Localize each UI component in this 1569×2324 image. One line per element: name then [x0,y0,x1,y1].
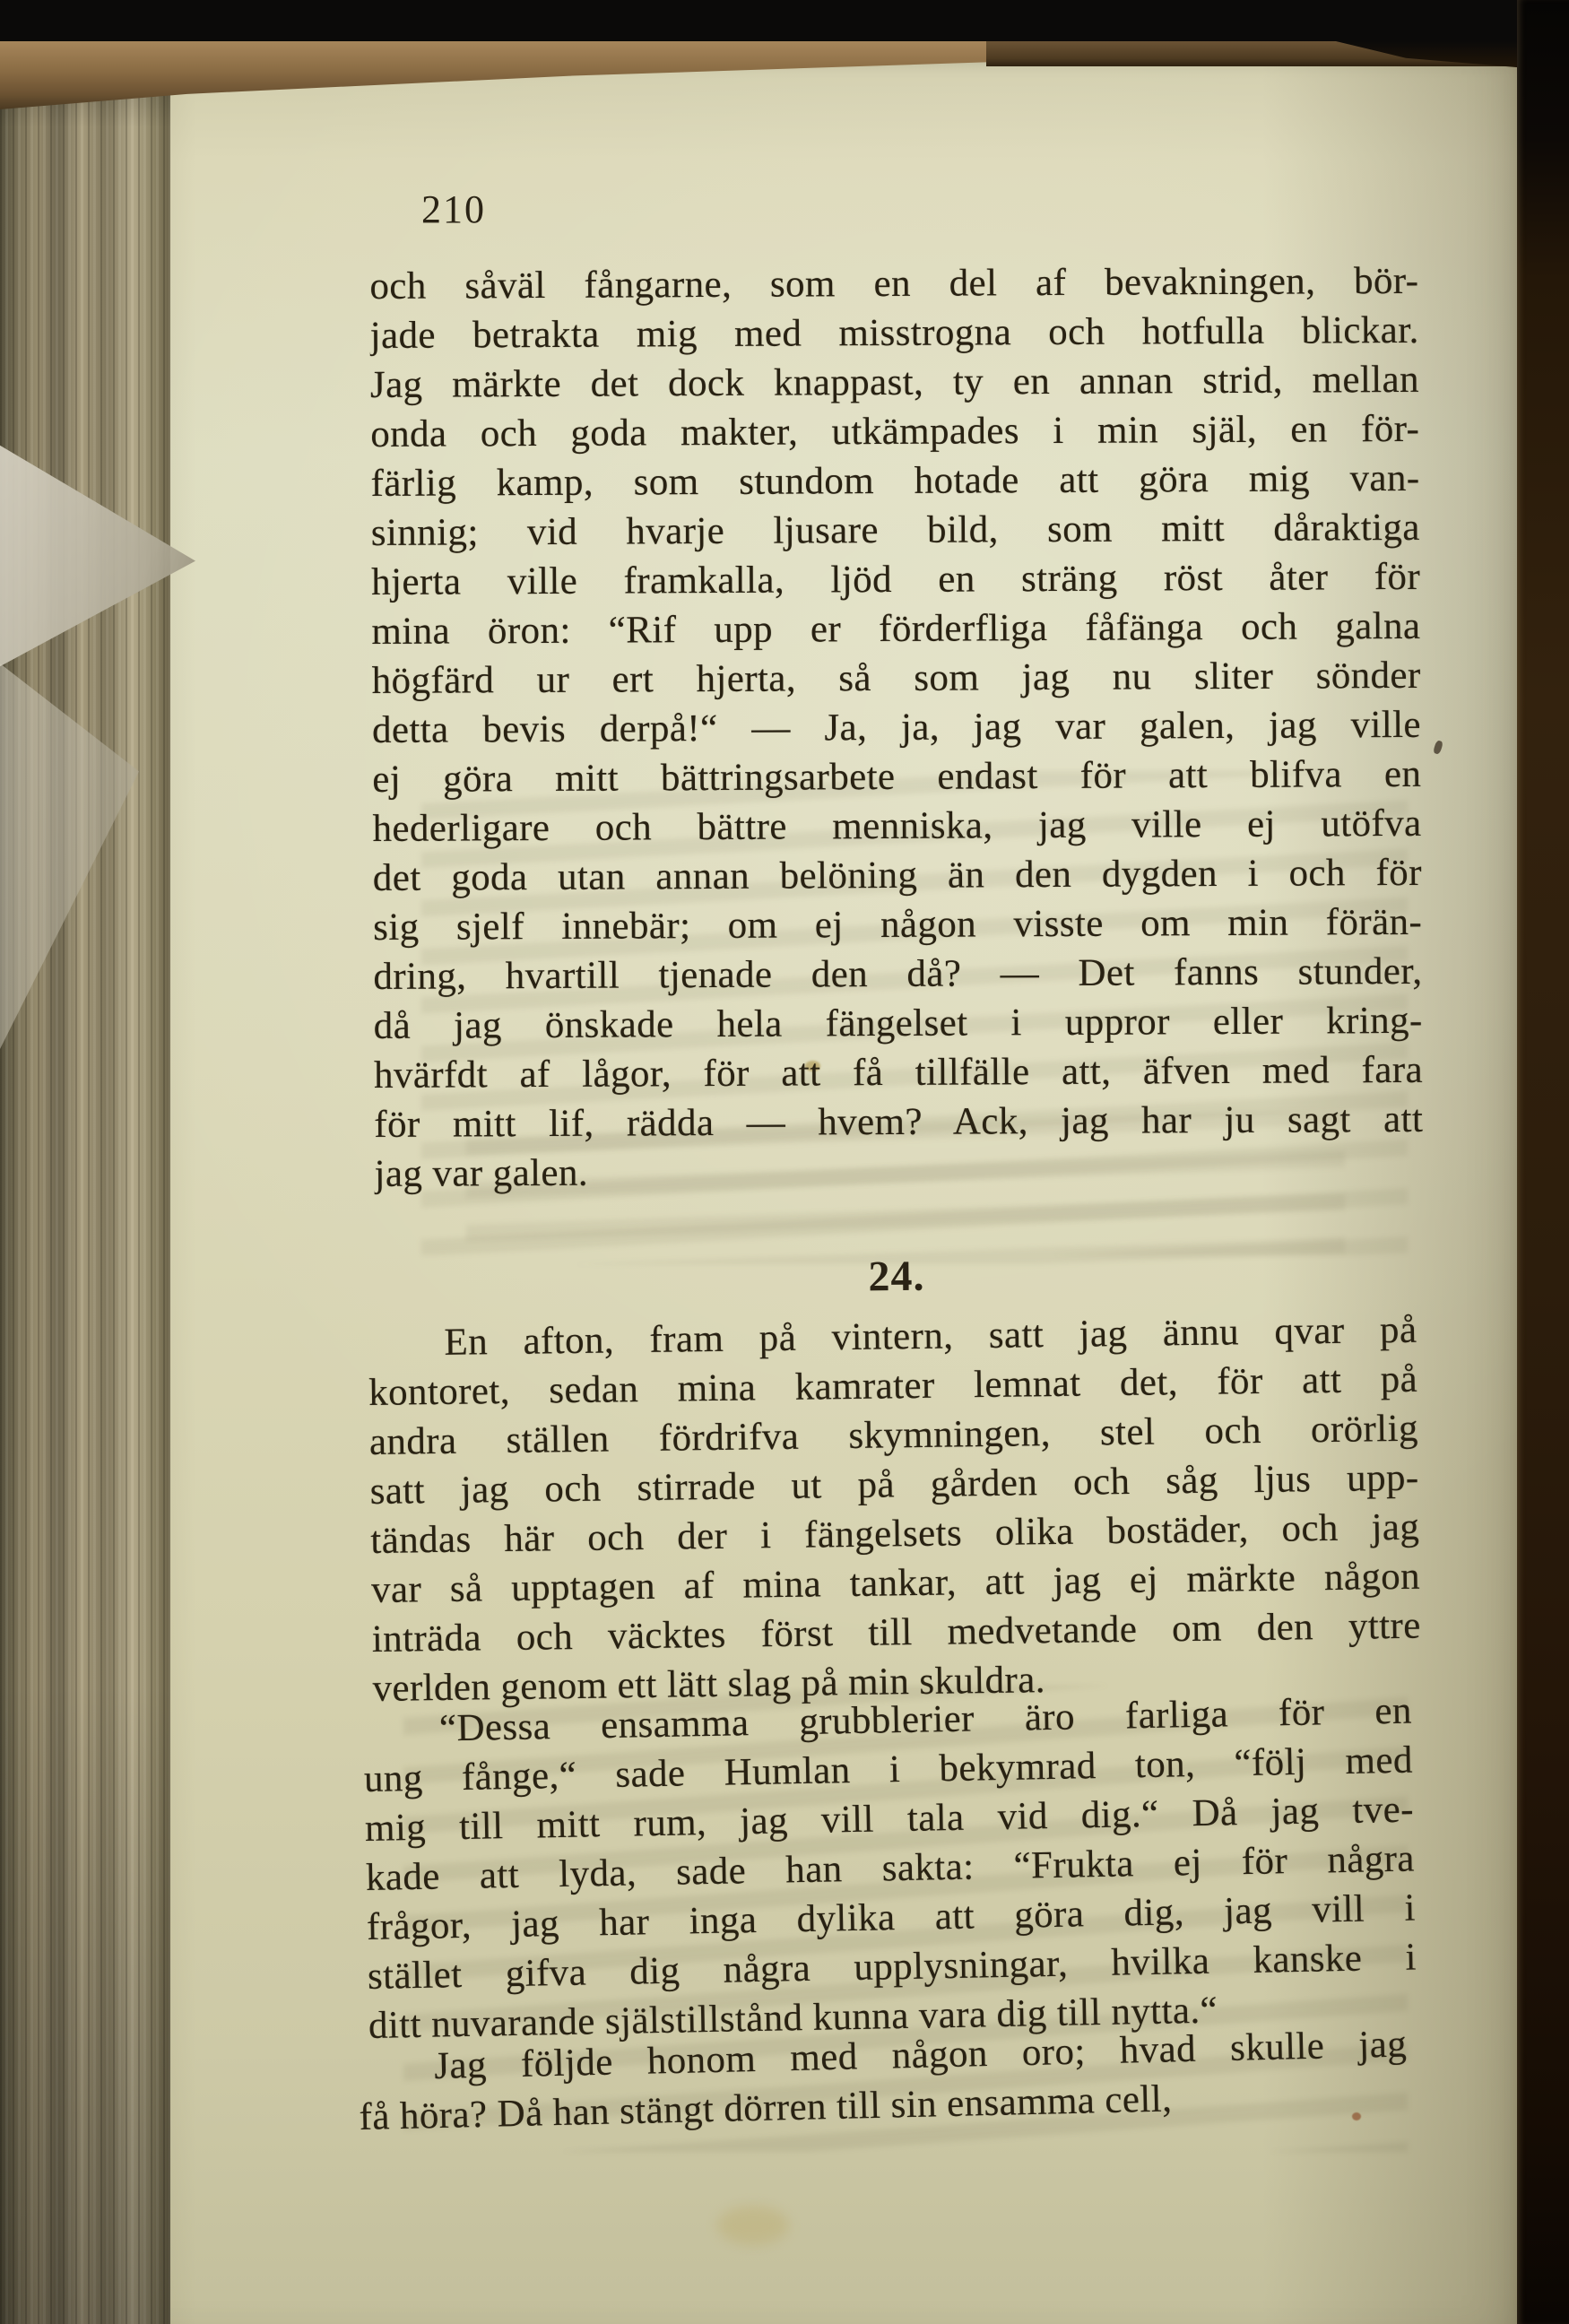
text-line: hederligare och bättre menniska, jag vil… [372,799,1421,854]
page-edges-left [0,36,170,2324]
paragraph: En afton, fram på vintern, satt jag ännu… [368,1305,1422,1713]
text-line: dring, hvartill tjenade den då? — Det fa… [373,947,1422,1002]
text-line: då jag önskade hela fängelset i uppror e… [374,996,1423,1051]
text-line: sig sjelf innebär; om ej någon visste om… [373,898,1422,952]
text-line: jag var galen. [374,1144,1423,1199]
text-line: ej göra mitt bättringsarbete endast för … [372,750,1421,804]
text-line: hjerta ville framkalla, ljöd en sträng r… [371,552,1420,607]
text-line: det goda utan annan belöning än den dygd… [373,848,1422,903]
text-line: sinnig; vid hvarje ljusare bild, som mit… [371,503,1420,558]
page-number: 210 [421,186,486,232]
book-scan-photo: 210 och såväl fångarne, som en del af be… [0,0,1569,2324]
text-line: detta bevis derpå!“ — Ja, ja, jag var ga… [372,700,1421,755]
scan-background-top [0,0,1569,41]
text-line: jade betrakta mig med misstrogna och hot… [370,306,1419,360]
paragraph: “Dessa ensamma grubblerier äro farliga f… [362,1687,1417,2051]
text-line: hvärfdt af lågor, för att få tillfälle a… [374,1045,1423,1100]
text-line: mina öron: “Rif upp er förderfliga fåfän… [371,602,1420,656]
paragraph-continued: och såväl fångarne, som en del af bevakn… [369,256,1423,1199]
text-line: högfärd ur ert hjerta, så som jag nu sli… [372,651,1421,706]
text-line: färlig kamp, som stundom hotade att göra… [370,454,1419,508]
text-line: Jag märkte det dock knappast, ty en anna… [370,355,1419,410]
text-line: och såväl fångarne, som en del af bevakn… [369,256,1418,311]
gutter-shadow [1517,0,1569,2324]
text-line: onda och goda makter, utkämpades i min s… [370,404,1419,459]
text-line: för mitt lif, rädda — hvem? Ack, jag har… [374,1095,1423,1149]
